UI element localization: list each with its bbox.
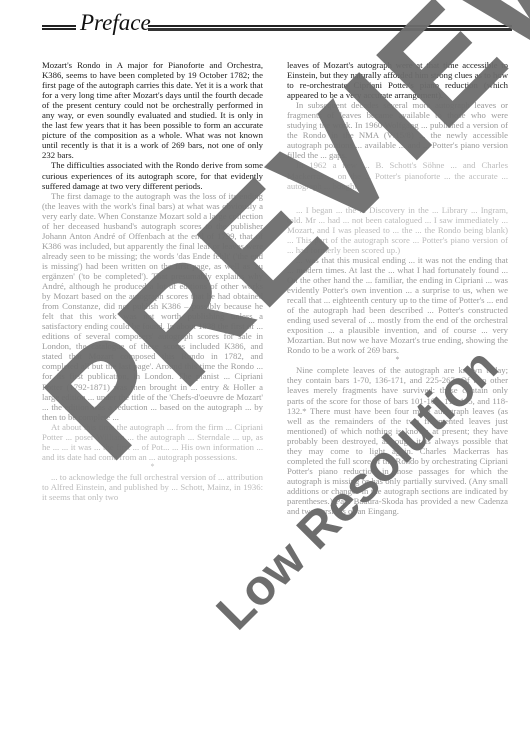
section-separator: * bbox=[42, 462, 263, 472]
paragraph: At about this time the autograph ... fro… bbox=[42, 422, 263, 462]
header-rule-right bbox=[148, 25, 512, 31]
document-page: Preface Mozart's Rondo in A major for Pi… bbox=[0, 0, 530, 750]
paragraph: ... I began ... the ... Discovery in the… bbox=[287, 205, 508, 255]
paragraph: In 1962 a new ... B. Schott's Söhne ... … bbox=[287, 160, 508, 190]
header-rule-left bbox=[42, 25, 76, 30]
paragraph: ... was that this musical ending ... it … bbox=[287, 255, 508, 355]
left-column: Mozart's Rondo in A major for Pianoforte… bbox=[42, 60, 263, 502]
page-title: Preface bbox=[80, 10, 151, 36]
paragraph: ... to acknowledge the full orchestral v… bbox=[42, 472, 263, 502]
paragraph: Nine complete leaves of the autograph ar… bbox=[287, 365, 508, 516]
paragraph: leaves of Mozart's autograph were at tha… bbox=[287, 60, 508, 100]
paragraph: In subsequent decades several more autog… bbox=[287, 100, 508, 160]
page-header: Preface bbox=[42, 10, 512, 42]
paragraph: The first damage to the autograph was th… bbox=[42, 191, 263, 422]
paragraph: The difficulties associated with the Ron… bbox=[42, 160, 263, 190]
right-column: leaves of Mozart's autograph were at tha… bbox=[287, 60, 508, 516]
paragraph: Mozart's Rondo in A major for Pianoforte… bbox=[42, 60, 263, 160]
section-separator: * bbox=[287, 355, 508, 365]
